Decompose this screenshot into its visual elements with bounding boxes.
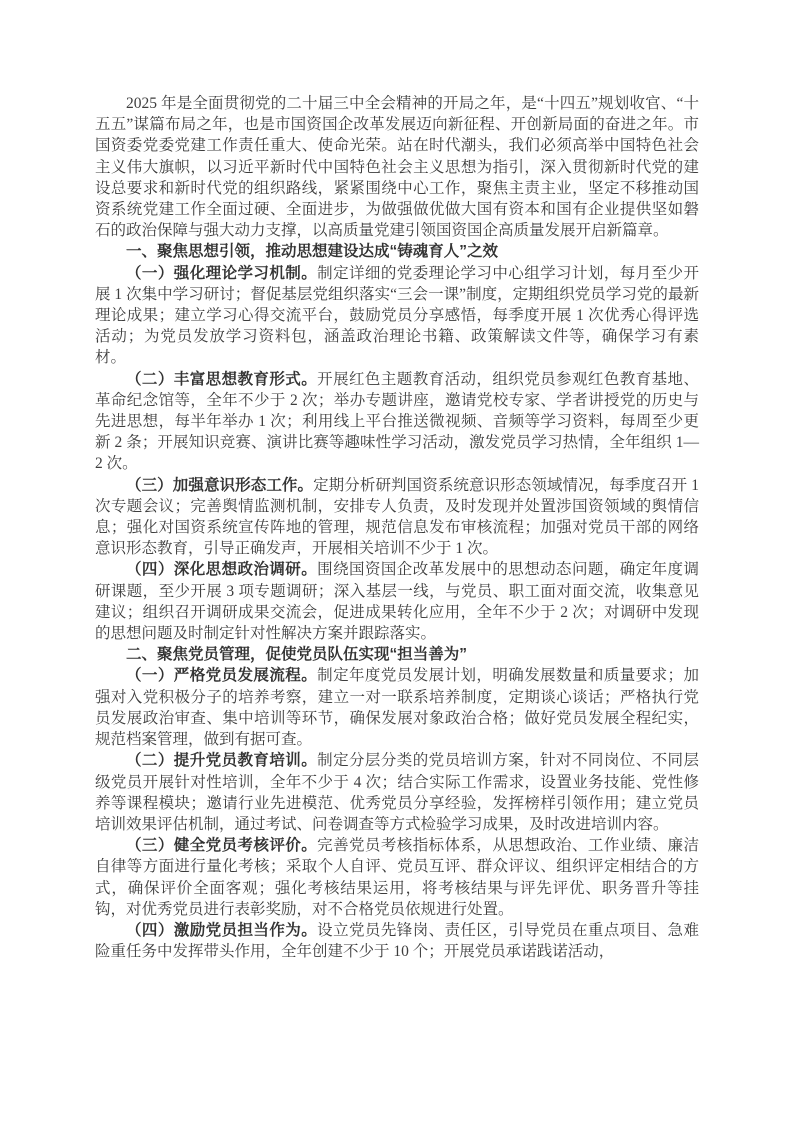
section-1-clause-1: （一）强化理论学习机制。制定详细的党委理论学习中心组学习计划，每月至少开展 1 … xyxy=(95,263,699,369)
section-2-clause-4: （四）激励党员担当作为。设立党员先锋岗、责任区，引导党员在重点项目、急难险重任务… xyxy=(95,920,699,962)
section-2-clause-2-lead: （二）提升党员教育培训。 xyxy=(126,752,317,769)
section-1-clause-3-lead: （三）加强意识形态工作。 xyxy=(126,477,313,494)
section-2-clause-3: （三）健全党员考核评价。完善党员考核指标体系，从思想政治、工作业绩、廉洁自律等方… xyxy=(95,835,699,920)
section-1-clause-1-lead: （一）强化理论学习机制。 xyxy=(126,265,317,282)
section-2-clause-2: （二）提升党员教育培训。制定分层分类的党员培训方案，针对不同岗位、不同层级党员开… xyxy=(95,750,699,835)
document-page: 2025 年是全面贯彻党的二十届三中全会精神的开局之年，是“十四五”规划收官、“… xyxy=(0,0,793,1122)
section-1-clause-4: （四）深化思想政治调研。围绕国资国企改革发展中的思想动态问题，确定年度调研课题，… xyxy=(95,559,699,644)
section-1-clause-4-lead: （四）深化思想政治调研。 xyxy=(126,561,317,578)
section-1-clause-2: （二）丰富思想教育形式。开展红色主题教育活动，组织党员参观红色教育基地、革命纪念… xyxy=(95,369,699,475)
section-1-clause-3: （三）加强意识形态工作。定期分析研判国资系统意识形态领域情况，每季度召开 1 次… xyxy=(95,475,699,560)
intro-paragraph: 2025 年是全面贯彻党的二十届三中全会精神的开局之年，是“十四五”规划收官、“… xyxy=(95,93,699,241)
section-1-heading: 一、聚焦思想引领，推动思想建设达成“铸魂育人”之效 xyxy=(95,241,699,262)
section-2-heading: 二、聚焦党员管理，促使党员队伍实现“担当善为” xyxy=(95,644,699,665)
section-2-clause-1-lead: （一）严格党员发展流程。 xyxy=(126,667,317,684)
section-2-clause-1: （一）严格党员发展流程。制定年度党员发展计划，明确发展数量和质量要求；加强对入党… xyxy=(95,665,699,750)
section-2-clause-4-lead: （四）激励党员担当作为。 xyxy=(126,922,317,939)
section-1-clause-2-lead: （二）丰富思想教育形式。 xyxy=(126,371,317,388)
section-2-clause-3-lead: （三）健全党员考核评价。 xyxy=(126,837,317,854)
